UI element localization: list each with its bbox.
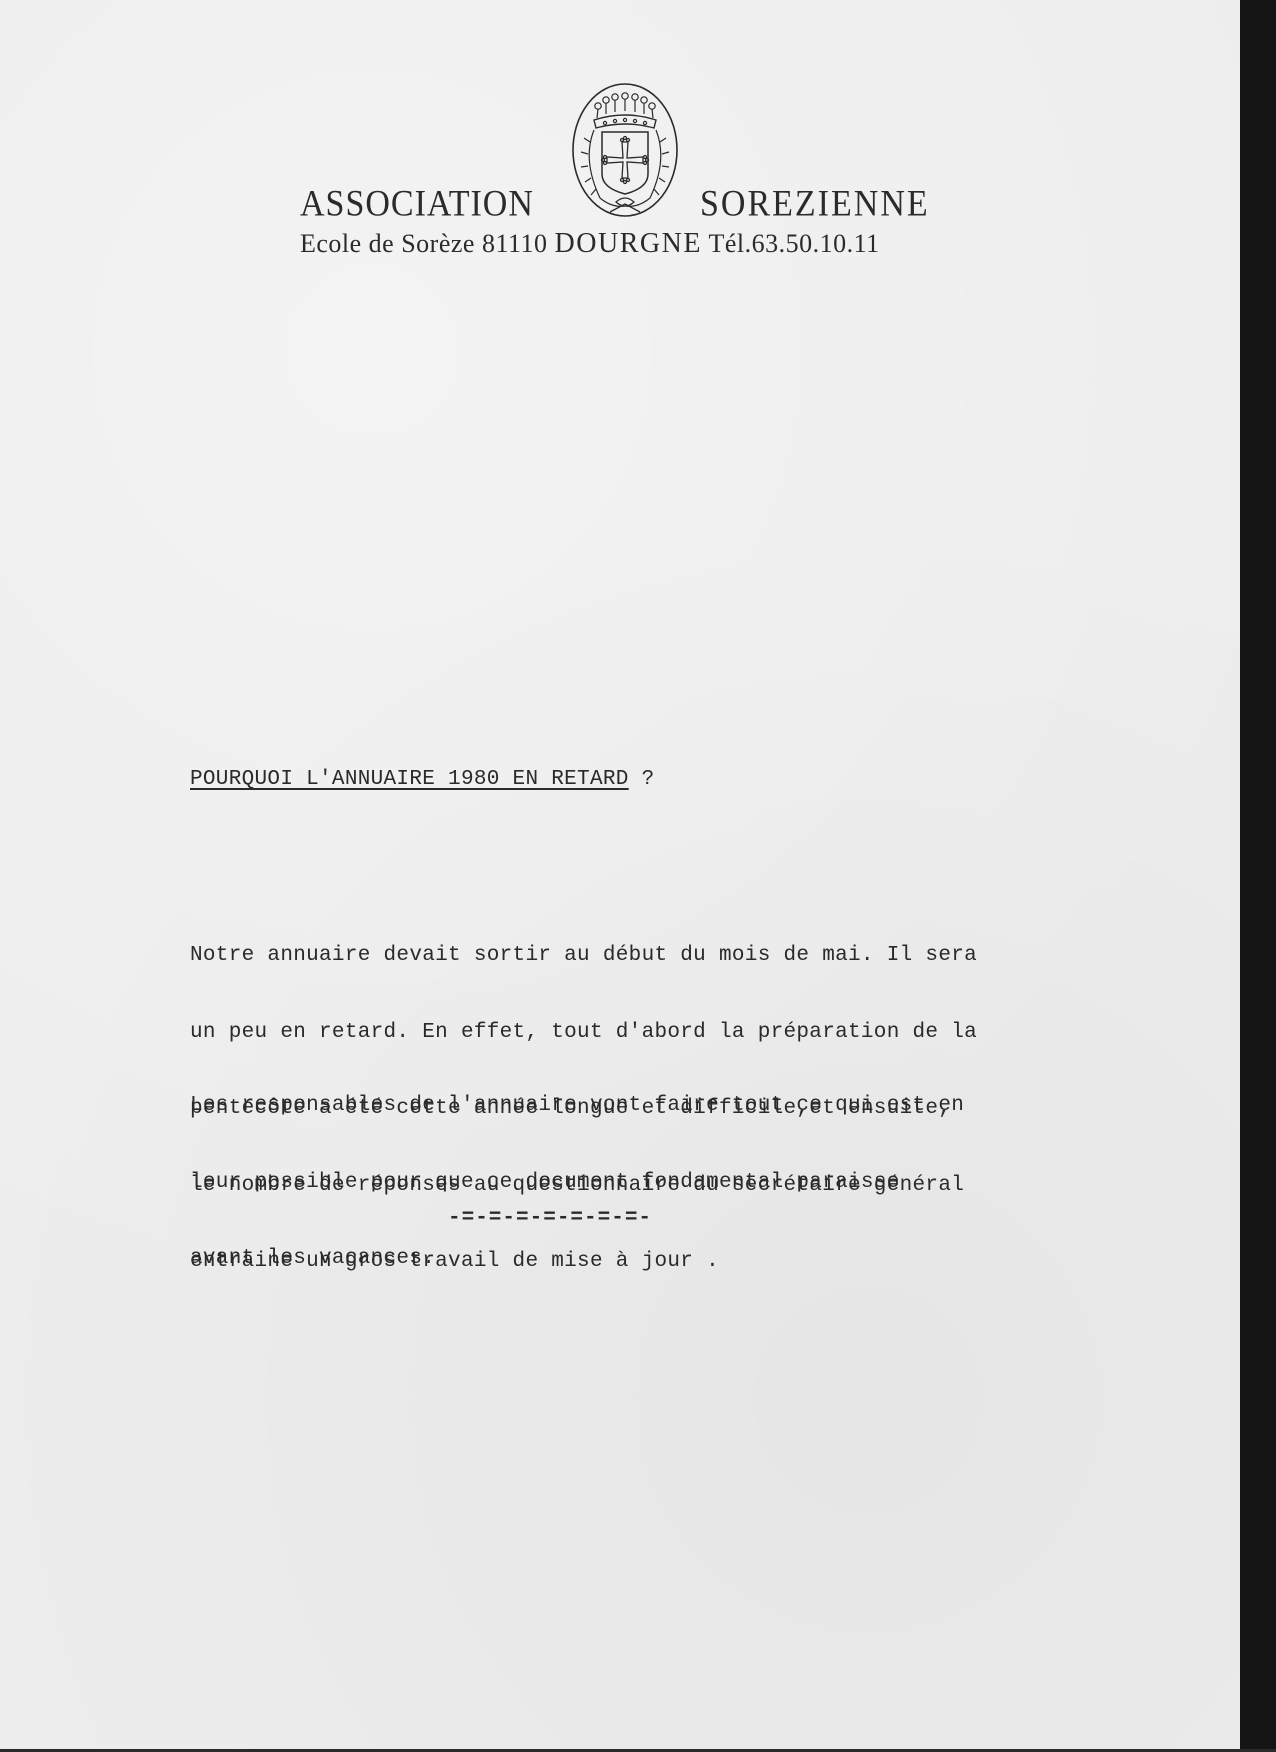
address-school: Ecole de Sorèze [300, 229, 475, 258]
address-line: Ecole de Sorèze 81110 DOURGNE Tél.63.50.… [300, 228, 880, 260]
paragraph-2: Les responsables de l'annuaire vont fair… [190, 1042, 964, 1323]
paragraph-line: Les responsables de l'annuaire vont fair… [190, 1093, 964, 1119]
paragraph-line: Notre annuaire devait sortir au début du… [190, 943, 977, 969]
association-name-right: SOREZIENNE [700, 184, 930, 225]
address-town: DOURGNE [555, 228, 702, 259]
association-name-left: ASSOCIATION [300, 184, 534, 225]
section-separator: -=-=-=-=-=-=-=- [448, 1207, 652, 1230]
document-title-suffix: ? [629, 768, 655, 791]
document-title-text: POURQUOI L'ANNUAIRE 1980 EN RETARD [190, 768, 629, 791]
scan-border-right [1240, 0, 1276, 1752]
address-postcode: 81110 [482, 229, 548, 258]
letterhead: ASSOCIATION SOREZIENNE Ecole de Sorèze 8… [290, 78, 970, 258]
address-phone: Tél.63.50.10.11 [708, 229, 879, 258]
document-title: POURQUOI L'ANNUAIRE 1980 EN RETARD ? [190, 768, 654, 791]
coat-of-arms-crest-icon [570, 80, 680, 218]
paragraph-line: avant les vacances. [190, 1246, 964, 1272]
document-page: ASSOCIATION SOREZIENNE Ecole de Sorèze 8… [0, 0, 1240, 1749]
paragraph-line: leur possible pour que ce document fonda… [190, 1170, 964, 1196]
